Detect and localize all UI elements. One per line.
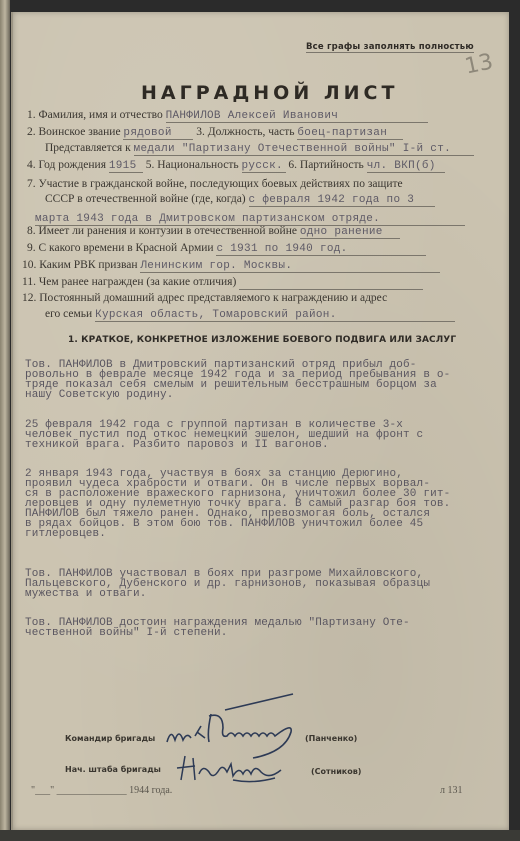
- narrative-paragraph-1: Тов. ПАНФИЛОВ в Дмитровский партизанский…: [25, 360, 450, 400]
- rank-value: рядовой: [123, 127, 193, 140]
- commander-name: (Панченко): [305, 734, 357, 743]
- nationality-value: русск.: [242, 160, 286, 173]
- narrative-paragraph-2: 25 февраля 1942 года с группой партизан …: [25, 420, 423, 450]
- binding-edge: [0, 0, 10, 841]
- fill-all-fields-note: Все графы заполнять полностью: [306, 42, 474, 53]
- narrative-paragraph-5: Тов. ПАНФИЛОВ достоин награждения медаль…: [25, 618, 410, 638]
- field-full-name: 1. Фамилия, имя и отчество ПАНФИЛОВ Алек…: [27, 109, 428, 123]
- field-home-address-line2: его семьи Курская область, Томаровский р…: [45, 308, 455, 322]
- narrative-paragraph-4: Тов. ПАНФИЛОВ участвовал в боях при разг…: [25, 569, 430, 599]
- previous-awards-value: [239, 277, 423, 290]
- signature-date: "___" ______________ 1944 года.: [31, 785, 172, 796]
- red-army-since-value: с 1931 по 1940 год.: [216, 243, 426, 256]
- archive-page-reference: л 131: [440, 785, 463, 796]
- war-participation-value: с февраля 1942 года по 3: [249, 194, 435, 207]
- archive-pencil-mark: 13: [463, 49, 496, 79]
- narrative-paragraph-3: 2 января 1943 года, участвуя в боях за с…: [25, 469, 450, 539]
- chief-of-staff-name: (Сотников): [311, 767, 361, 776]
- field-rank-position: 2. Воинское звание рядовой 3. Должность,…: [27, 126, 403, 140]
- field-war-participation-line2: СССР в отечественной войне (где, когда) …: [45, 193, 435, 207]
- chief-of-staff-signature: [173, 750, 293, 790]
- wounds-value: одно ранение: [300, 226, 400, 239]
- field-war-participation: 7. Участие в гражданской войне, последую…: [27, 178, 403, 190]
- page-title: НАГРАДНОЙ ЛИСТ: [141, 82, 398, 104]
- field-war-participation-line3: марта 1943 года в Дмитровском партизанск…: [35, 208, 465, 226]
- position-value: боец-партизан: [297, 127, 403, 140]
- full-name-value: ПАНФИЛОВ Алексей Иванович: [166, 110, 428, 123]
- field-presented-for: Представляется к медали "Партизану Отече…: [45, 142, 474, 156]
- field-previous-awards: 11. Чем ранее награжден (за какие отличи…: [22, 276, 423, 290]
- award-sheet-page: Все графы заполнять полностью 13 НАГРАДН…: [11, 12, 509, 830]
- birth-year-value: 1915: [109, 160, 143, 173]
- rvk-value: Ленинским гор. Москвы.: [140, 260, 440, 273]
- party-value: чл. ВКП(б): [367, 160, 445, 173]
- field-birth-nationality-party: 4. Год рождения 1915 5. Национальность р…: [27, 159, 445, 173]
- field-rvk: 10. Каким РВК призван Ленинским гор. Мос…: [22, 259, 440, 273]
- section-heading: 1. КРАТКОЕ, КОНКРЕТНОЕ ИЗЛОЖЕНИЕ БОЕВОГО…: [68, 335, 456, 345]
- home-address-value: Курская область, Томаровский район.: [95, 309, 455, 322]
- field-red-army-since: 9. С какого времени в Красной Армии с 19…: [27, 242, 426, 256]
- field-wounds: 8. Имеет ли ранения и контузии в отечест…: [27, 225, 400, 239]
- presented-for-value: медали "Партизану Отечественной войны" I…: [134, 143, 474, 156]
- scan-bottom-edge: [0, 830, 520, 841]
- field-home-address: 12. Постоянный домашний адрес представля…: [22, 292, 387, 304]
- chief-of-staff-label: Нач. штаба бригады: [65, 765, 161, 774]
- commander-label: Командир бригады: [65, 734, 155, 743]
